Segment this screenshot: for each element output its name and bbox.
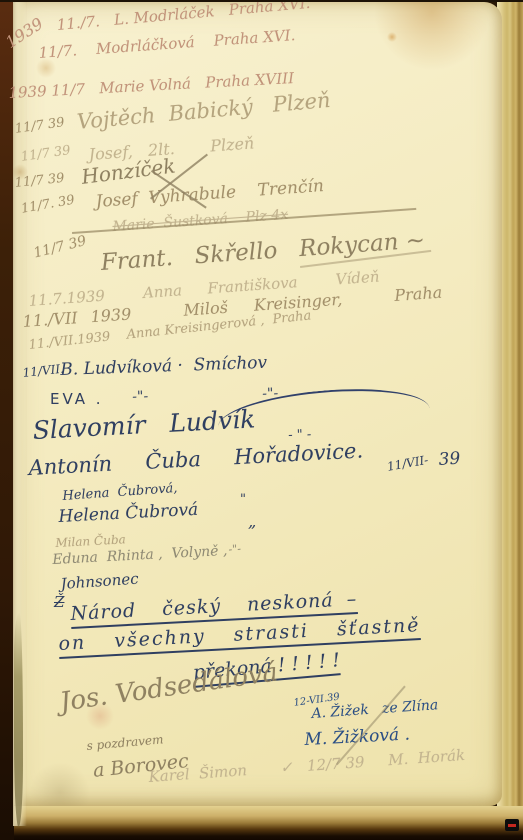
torn-edge-streak — [14, 612, 23, 827]
ditto-mark-4: -"- — [228, 542, 241, 556]
photo-top-edge — [0, 0, 523, 2]
ditto-mark-1: -"- — [132, 388, 148, 405]
ditto-quote-2: „ — [248, 512, 256, 531]
entry-eva: EVA . — [50, 390, 104, 408]
scan-marker-red-bar — [508, 824, 516, 827]
entry-cuba-year: 39 — [438, 448, 461, 469]
ditto-quote-1: " — [240, 492, 246, 507]
book-bottom-edge — [0, 806, 523, 840]
scan-marker-icon — [505, 819, 519, 831]
entry-crossed-letter: Ž — [54, 593, 64, 611]
scanned-guestbook-page: 11./7. L. Modrláček Praha XVI. 1939 11/7… — [0, 0, 523, 840]
book-binding — [0, 0, 14, 840]
